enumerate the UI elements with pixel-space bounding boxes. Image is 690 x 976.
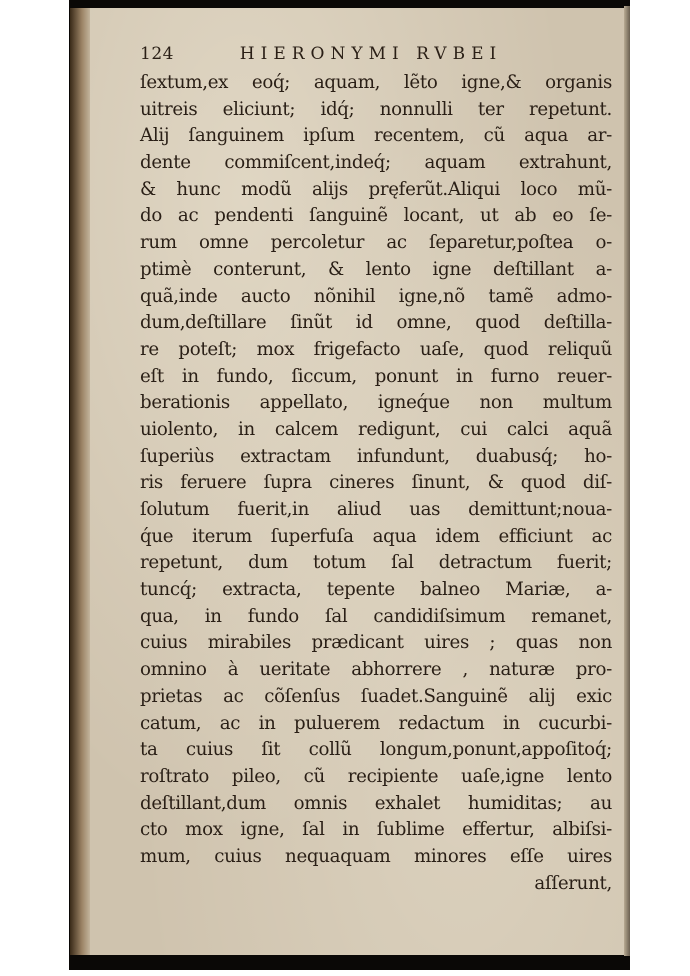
text-line: tuncq́; extracta, tepente balneo Mariæ, … xyxy=(140,577,612,604)
text-line: ris feruere ſupra cineres ſinunt, & quod… xyxy=(140,470,612,497)
text-line: berationis appellato, igneq́ue non multu… xyxy=(140,390,612,417)
text-line: qua, in fundo ſal candidiſsimum remanet, xyxy=(140,604,612,631)
page-header: 124 HIERONYMI RVBEI xyxy=(140,44,612,70)
text-line: & hunc modũ alijs pręferũt.Aliqui loco m… xyxy=(140,177,612,204)
text-line: rum omne percoletur ac ſeparetur,poſtea … xyxy=(140,230,612,257)
body-text: ſextum,ex eoq́; aquam, lẽto igne,& organ… xyxy=(140,70,612,897)
running-head: HIERONYMI RVBEI xyxy=(190,44,612,64)
text-line: uitreis eliciunt; idq́; nonnulli ter rep… xyxy=(140,97,612,124)
text-line: dum,deſtillare ſinũt id omne, quod deſti… xyxy=(140,310,612,337)
text-line: omnino à ueritate abhorrere , naturæ pro… xyxy=(140,657,612,684)
text-line: ſextum,ex eoq́; aquam, lẽto igne,& organ… xyxy=(140,70,612,97)
text-line: eſt in fundo, ſiccum, ponunt in furno re… xyxy=(140,364,612,391)
text-line: ſolutum fuerit,in aliud uas demittunt;no… xyxy=(140,497,612,524)
text-line: cuius mirabiles prædicant uires ; quas n… xyxy=(140,630,612,657)
text-line: repetunt, dum totum ſal detractum fuerit… xyxy=(140,550,612,577)
text-line: aſſerunt, xyxy=(140,871,612,898)
text-line: quã,inde aucto nõnihil igne,nõ tamẽ admo… xyxy=(140,284,612,311)
text-line: ptimè conterunt, & lento igne deſtillant… xyxy=(140,257,612,284)
text-line: catum, ac in puluerem redactum in cucurb… xyxy=(140,711,612,738)
page-edge xyxy=(624,6,630,956)
text-line: prietas ac cõſenſus ſuadet.Sanguinẽ alij… xyxy=(140,684,612,711)
text-block: 124 HIERONYMI RVBEI ſextum,ex eoq́; aqua… xyxy=(140,44,612,897)
text-line: q́ue iterum ſuperfuſa aqua idem efficiun… xyxy=(140,524,612,551)
binding-edge xyxy=(70,8,90,955)
text-line: deſtillant,dum omnis exhalet humiditas; … xyxy=(140,791,612,818)
text-line: dente commiſcent,indeq́; aquam extrahunt… xyxy=(140,150,612,177)
text-line: Alij ſanguinem ipſum recentem, cũ aqua a… xyxy=(140,123,612,150)
text-line: mum, cuius nequaquam minores eſſe uires xyxy=(140,844,612,871)
text-line: ta cuius ſit collũ longum,ponunt,appoſit… xyxy=(140,737,612,764)
text-line: ſuperiùs extractam infundunt, duabusq́; … xyxy=(140,444,612,471)
text-line: roſtrato pileo, cũ recipiente uaſe,igne … xyxy=(140,764,612,791)
page-number: 124 xyxy=(140,44,190,64)
text-line: do ac pendenti ſanguinẽ locant, ut ab eo… xyxy=(140,203,612,230)
text-line: cto mox igne, ſal in ſublime effertur, a… xyxy=(140,817,612,844)
text-line: re poteſt; mox frigefacto uaſe, quod rel… xyxy=(140,337,612,364)
text-line: uiolento, in calcem redigunt, cui calci … xyxy=(140,417,612,444)
